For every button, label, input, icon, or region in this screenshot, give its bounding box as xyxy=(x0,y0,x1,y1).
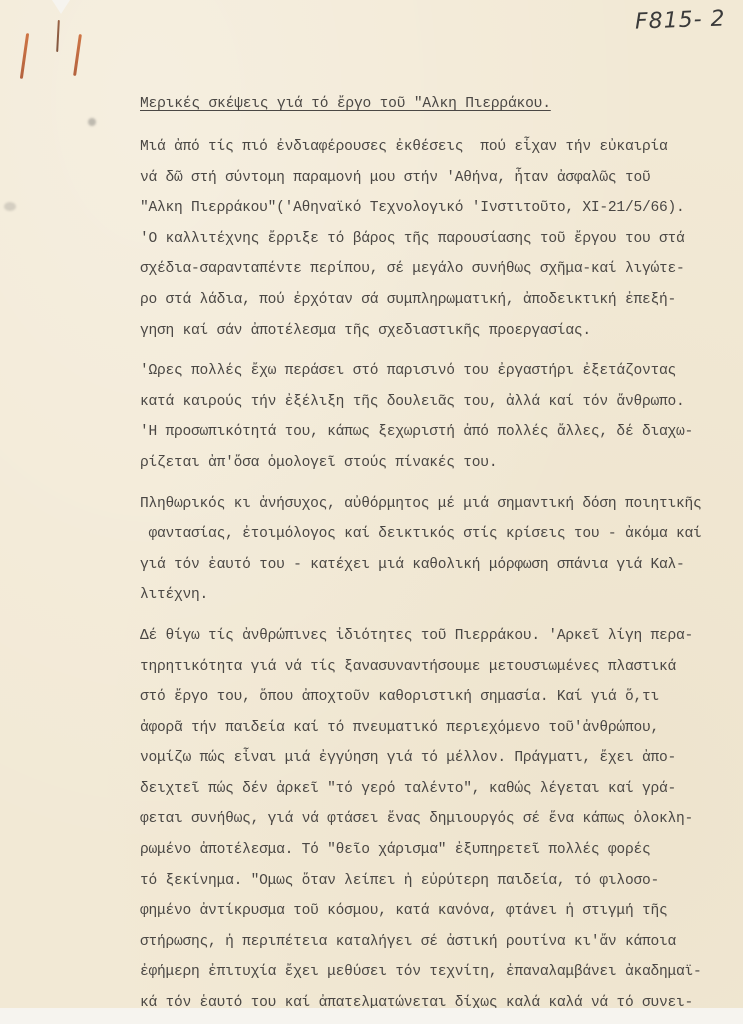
archive-id-handwritten: F815- 2 xyxy=(635,6,726,34)
text-line: νομίζω πώς εἶναι μιά ἐγγύηση γιά τό μέλλ… xyxy=(140,743,740,774)
text-line: ἐφήμερη ἐπιτυχία ἔχει μεθύσει τόν τεχνίτ… xyxy=(140,957,740,988)
text-line: γιά τόν ἑαυτό του - κατέχει μιά καθολική… xyxy=(140,550,740,581)
paper-tear-notch xyxy=(52,0,70,14)
text-line: Μιά ἀπό τίς πιό ἐνδιαφέρουσες ἐκθέσεις π… xyxy=(140,132,740,163)
text-line: λιτέχνη. xyxy=(140,580,740,611)
text-line: φαντασίας, ἐτοιμόλογος καί δεικτικός στί… xyxy=(140,519,740,550)
text-line: στό ἔργο του, ὅπου ἀποχτοῦν καθοριστική … xyxy=(140,682,740,713)
staple-mark xyxy=(56,20,60,52)
text-line: τηρητικότητα γιά νά τίς ξανασυναντήσουμε… xyxy=(140,652,740,683)
text-line: στήρωσης, ἡ περιπέτεια καταλήγει σέ ἀστι… xyxy=(140,927,740,958)
text-line: 'Η προσωπικότητά του, κάπως ξεχωριστή ἀπ… xyxy=(140,417,740,448)
text-line: Πληθωρικός κι ἀνήσυχος, αὐθόρμητος μέ μι… xyxy=(140,489,740,520)
ink-smudge xyxy=(4,202,16,211)
page-bottom-edge xyxy=(0,1008,743,1024)
paragraph: 'Ωρες πολλές ἔχω περάσει στό παρισινό το… xyxy=(140,356,740,478)
text-line: σχέδια-σαρανταπέντε περίπου, σέ μεγάλο σ… xyxy=(140,254,740,285)
text-line: φεται συνήθως, γιά νά φτάσει ἕνας δημιου… xyxy=(140,804,740,835)
text-line: ρωμένο ἀποτέλεσμα. Τό "θεῖο χάρισμα" ἐξυ… xyxy=(140,835,740,866)
staple-mark xyxy=(73,34,82,76)
text-line: ρο στά λάδια, πού ἐρχόταν σά συμπληρωματ… xyxy=(140,285,740,316)
paragraph: Μιά ἀπό τίς πιό ἐνδιαφέρουσες ἐκθέσεις π… xyxy=(140,132,740,346)
document-page: F815- 2 Μερικές σκέψεις γιά τό ἔργο τοῦ … xyxy=(0,0,743,1008)
document-title: Μερικές σκέψεις γιά τό ἔργο τοῦ "Αλκη Πι… xyxy=(140,96,740,112)
text-line: 'Ωρες πολλές ἔχω περάσει στό παρισινό το… xyxy=(140,356,740,387)
typewritten-text: Μερικές σκέψεις γιά τό ἔργο τοῦ "Αλκη Πι… xyxy=(140,96,740,1024)
text-line: κατά καιρούς τήν ἐξέλιξη τῆς δουλειᾶς το… xyxy=(140,387,740,418)
paragraph: Δέ θίγω τίς ἀνθρώπινες ἰδιότητες τοῦ Πιε… xyxy=(140,621,740,1019)
text-line: "Αλκη Πιερράκου"('Αθηναϊκό Τεχνολογικό '… xyxy=(140,193,740,224)
staple-mark xyxy=(20,33,29,79)
text-line: νά δῶ στή σύντομη παραμονή μου στήν 'Αθή… xyxy=(140,163,740,194)
paragraph: Πληθωρικός κι ἀνήσυχος, αὐθόρμητος μέ μι… xyxy=(140,489,740,611)
text-line: τό ξεκίνημα. "Ομως ὅταν λείπει ἡ εὐρύτερ… xyxy=(140,866,740,897)
text-line: γηση καί σάν ἀποτέλεσμα τῆς σχεδιαστικῆς… xyxy=(140,316,740,347)
ink-smudge xyxy=(88,118,96,126)
text-line: Δέ θίγω τίς ἀνθρώπινες ἰδιότητες τοῦ Πιε… xyxy=(140,621,740,652)
text-line: 'Ο καλλιτέχνης ἔρριξε τό βάρος τῆς παρου… xyxy=(140,224,740,255)
text-line: ρίζεται ἀπ'ὅσα ὁμολογεῖ στούς πίνακές το… xyxy=(140,448,740,479)
text-line: δειχτεῖ πώς δέν ἀρκεῖ "τό γερό ταλέντο",… xyxy=(140,774,740,805)
text-line: φημένο ἀντίκρυσμα τοῦ κόσμου, κατά κανόν… xyxy=(140,896,740,927)
text-line: ἀφορᾶ τήν παιδεία καί τό πνευματικό περι… xyxy=(140,713,740,744)
